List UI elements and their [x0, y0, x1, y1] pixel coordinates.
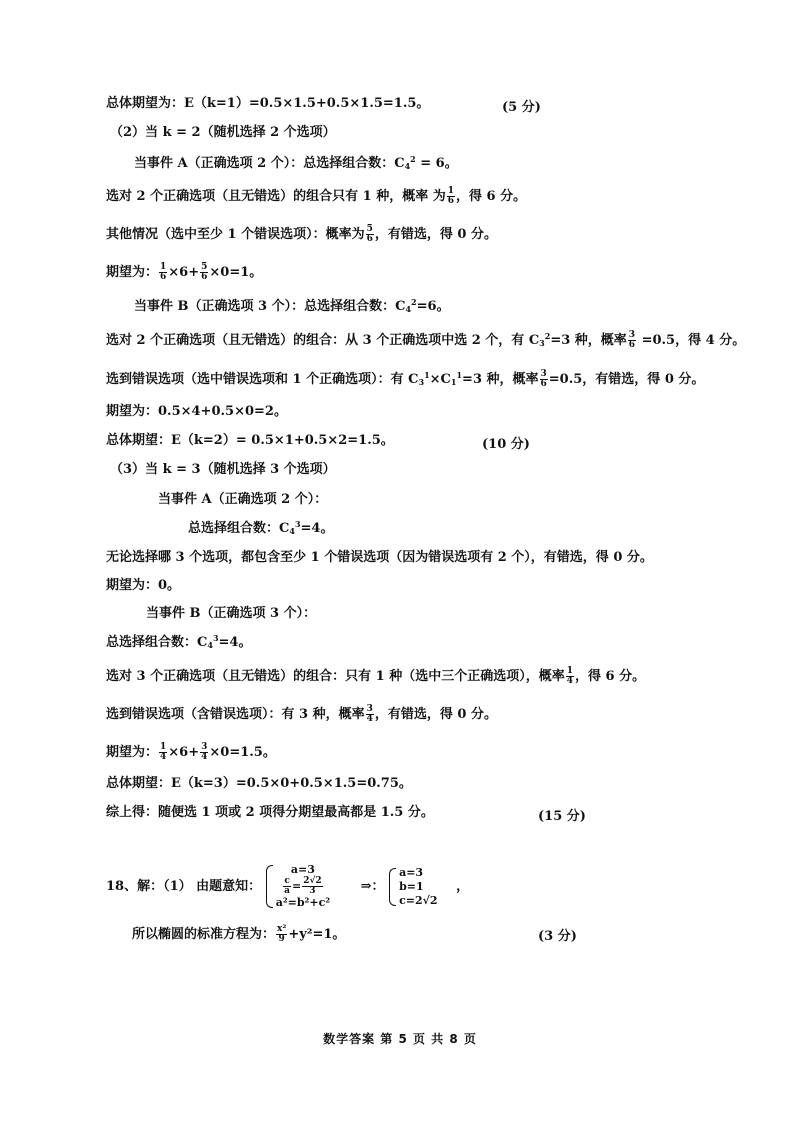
line-text: ×0=1.5。 — [209, 745, 275, 760]
fraction: 56 — [366, 225, 374, 244]
line-text: =3 种，概率 — [550, 333, 626, 348]
event-a-k2: 当事件 A（正确选项 2 个）：总选择组合数：C42 = 6。 — [134, 156, 458, 172]
fraction: 56 — [200, 263, 208, 282]
line-text: 其他情况（选中至少 1 个错误选项）：概率为 — [106, 227, 365, 242]
fraction-denominator: 6 — [200, 273, 208, 282]
expectation-k2b: 期望为：0.5×4+0.5×0=2。 — [106, 404, 287, 420]
any-3-options-k3a: 无论选择哪 3 个选项，都包含至少 1 个错误选项（因为错误选项有 2 个），有… — [106, 550, 653, 566]
fraction-denominator: 4 — [200, 753, 208, 762]
fraction: 36 — [628, 331, 636, 350]
fraction-denominator: 6 — [628, 341, 636, 350]
fraction: 34 — [366, 705, 374, 724]
total-combos-k3b: 总选择组合数：C43=4。 — [106, 635, 251, 651]
equation-row: a²=b²+c² — [276, 896, 330, 910]
page-footer: 数学答案 第 5 页 共 8 页 — [0, 1030, 800, 1047]
expectation-k3b: 期望为：14×6+34×0=1.5。 — [106, 743, 276, 762]
line-text: 选到错误选项（含错误选项）：有 3 种，概率 — [106, 707, 365, 722]
equation-row: a=3 — [276, 863, 330, 877]
q18-prefix: 18、解：（1） 由题意知： — [106, 879, 261, 894]
fraction-denominator: 9 — [276, 935, 287, 944]
line-text: 总选择组合数：C — [188, 521, 289, 536]
line-text: 期望为： — [106, 265, 158, 280]
equation-row: b=1 — [399, 880, 437, 894]
conclusion: 综上得：随便选 1 项或 2 项得分期望最高都是 1.5 分。 — [106, 805, 434, 821]
fraction: ca — [283, 877, 291, 896]
fraction-denominator: 3 — [302, 887, 322, 896]
correct-3-options-k3b: 选对 3 个正确选项（且无错选）的组合：只有 1 种（选中三个正确选项），概率1… — [106, 667, 645, 686]
line-text: =6。 — [417, 299, 450, 314]
equals-sign: = — [292, 880, 301, 893]
line-text: =4。 — [219, 635, 252, 650]
q18-solution: 18、解：（1） 由题意知： a=3 ca=2√23 a²=b²+c² ⇒： a… — [106, 862, 469, 912]
total-expectation-k1: 总体期望为：E（k=1）=0.5×1.5+0.5×1.5=1.5。 — [106, 96, 429, 112]
fraction: 2√23 — [302, 877, 322, 896]
line-text: 当事件 A（正确选项 2 个）：总选择组合数：C — [134, 156, 405, 171]
line-text: ×6+ — [168, 745, 199, 760]
total-expectation-k3: 总体期望：E（k=3）=0.5×0+0.5×1.5=0.75。 — [106, 776, 412, 792]
score-label: (15 分) — [538, 805, 586, 824]
line-text: ，有错选，得 0 分。 — [375, 707, 497, 722]
implies-arrow: ⇒： — [361, 879, 385, 894]
line-text: 总体期望为：E（k=1）=0.5×1.5+0.5×1.5=1.5。 — [106, 96, 429, 111]
total-expectation-k2: 总体期望：E（k=2）= 0.5×1+0.5×2=1.5。 — [106, 433, 394, 449]
other-cases-k2a: 其他情况（选中至少 1 个错误选项）：概率为56，有错选，得 0 分。 — [106, 225, 497, 244]
event-a-k3: 当事件 A（正确选项 2 个）： — [158, 492, 327, 508]
fraction-denominator: 6 — [159, 273, 167, 282]
correct-2-of-3-k2b: 选对 2 个正确选项（且无错选）的组合：从 3 个正确选项中选 2 个，有 C3… — [106, 331, 745, 350]
equation-row: c=2√2 — [399, 894, 437, 908]
fraction-denominator: 6 — [447, 197, 455, 206]
fraction: 34 — [200, 743, 208, 762]
event-b-k2: 当事件 B（正确选项 3 个）：总选择组合数：C42=6。 — [134, 299, 450, 315]
wrong-option-k2b: 选到错误选项（选中错误选项和 1 个正确选项）：有 C31×C11=3 种，概率… — [106, 370, 704, 389]
ellipse-equation: 所以椭圆的标准方程为：x²9+y²=1。 — [132, 925, 345, 944]
fraction-denominator: 6 — [366, 235, 374, 244]
correct-2-options-k2a: 选对 2 个正确选项（且无错选）的组合只有 1 种，概率 为16，得 6 分。 — [106, 187, 526, 206]
expectation-k3a: 期望为：0。 — [106, 578, 180, 594]
fraction: 16 — [447, 187, 455, 206]
line-text: = 6。 — [416, 156, 458, 171]
line-text: 选对 2 个正确选项（且无错选）的组合只有 1 种，概率 为 — [106, 189, 446, 204]
line-text: 期望为： — [106, 745, 158, 760]
line-text: 当事件 B（正确选项 3 个）：总选择组合数：C — [134, 299, 405, 314]
comma: ， — [456, 879, 469, 894]
fraction: 14 — [159, 743, 167, 762]
line-text: ，得 6 分。 — [456, 189, 526, 204]
line-text: ，得 6 分。 — [575, 669, 645, 684]
line-text: 选对 2 个正确选项（且无错选）的组合：从 3 个正确选项中选 2 个，有 C — [106, 333, 539, 348]
fraction: 36 — [540, 370, 548, 389]
fraction: 14 — [566, 667, 574, 686]
line-text: ×C — [430, 372, 451, 387]
score-label: (5 分) — [502, 96, 541, 115]
fraction-denominator: 4 — [159, 753, 167, 762]
line-text: 选到错误选项（选中错误选项和 1 个正确选项）：有 C — [106, 372, 418, 387]
fraction: x²9 — [276, 925, 287, 944]
wrong-option-k3b: 选到错误选项（含错误选项）：有 3 种，概率34，有错选，得 0 分。 — [106, 705, 497, 724]
case-k2-heading: （2）当 k = 2（随机选择 2 个选项） — [110, 125, 336, 141]
given-system: a=3 ca=2√23 a²=b²+c² — [266, 863, 330, 910]
equation-row: a=3 — [399, 866, 437, 880]
line-text: =0.5，有错选，得 0 分。 — [549, 372, 705, 387]
line-text: =0.5，得 4 分。 — [637, 333, 745, 348]
fraction-denominator: 6 — [540, 380, 548, 389]
fraction-denominator: 4 — [366, 715, 374, 724]
line-text: =4。 — [301, 521, 334, 536]
line-text: 总选择组合数：C — [106, 635, 207, 650]
solution-system: a=3 b=1 c=2√2 — [389, 866, 437, 908]
line-text: ×0=1。 — [209, 265, 262, 280]
fraction-denominator: a — [283, 887, 291, 896]
line-text: ，有错选，得 0 分。 — [375, 227, 497, 242]
event-b-k3: 当事件 B（正确选项 3 个）： — [146, 606, 316, 622]
expectation-k2a: 期望为：16×6+56×0=1。 — [106, 263, 262, 282]
line-text: =3 种，概率 — [462, 372, 538, 387]
total-combos-k3a: 总选择组合数：C43=4。 — [188, 521, 333, 537]
equation-row: ca=2√23 — [276, 877, 330, 896]
fraction: 16 — [159, 263, 167, 282]
case-k3-heading: （3）当 k = 3（随机选择 3 个选项） — [110, 462, 336, 478]
score-label: (10 分) — [482, 433, 530, 452]
fraction-denominator: 4 — [566, 677, 574, 686]
line-text: ×6+ — [168, 265, 199, 280]
score-label: (3 分) — [538, 925, 577, 944]
line-text: +y²=1。 — [288, 927, 345, 942]
line-text: 所以椭圆的标准方程为： — [132, 927, 275, 942]
line-text: 选对 3 个正确选项（且无错选）的组合：只有 1 种（选中三个正确选项），概率 — [106, 669, 565, 684]
